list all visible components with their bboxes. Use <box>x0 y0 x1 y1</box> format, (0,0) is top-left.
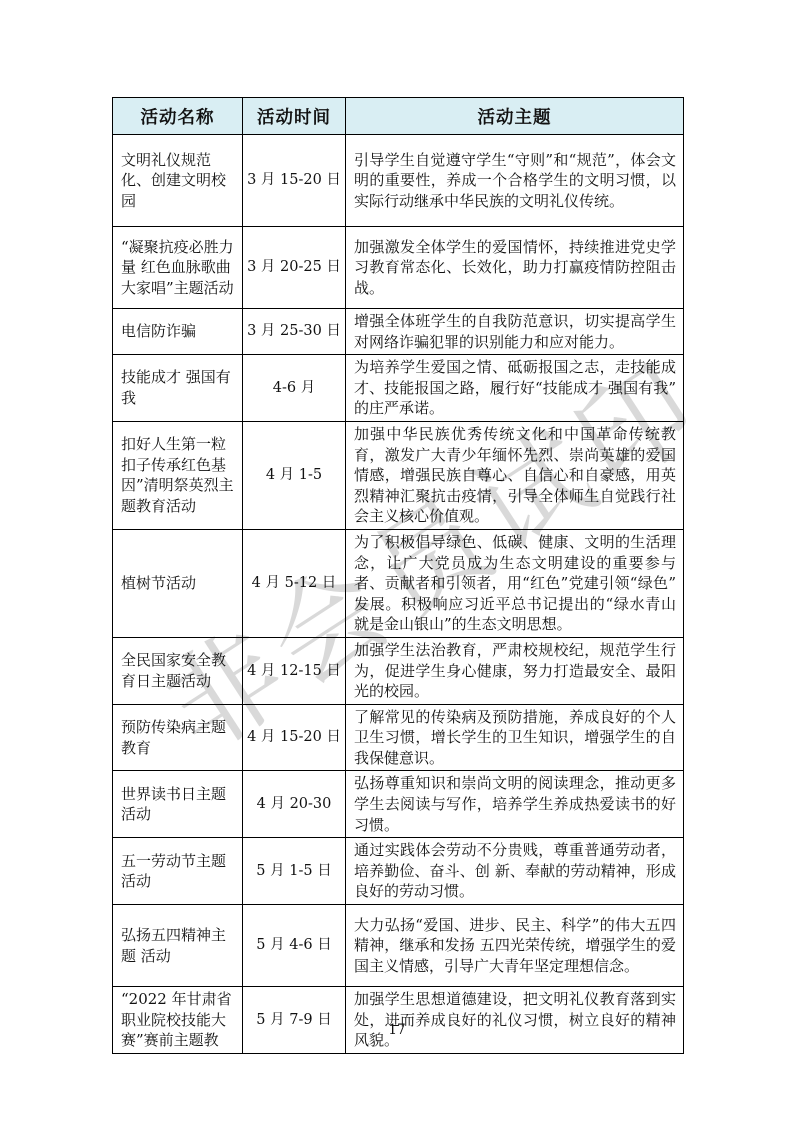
activity-name-cell: 电信防诈骗 <box>113 309 243 355</box>
activity-theme-cell: 弘扬尊重知识和崇尚文明的阅读理念，推动更多学生去阅读与写作，培养学生养成热爱读书… <box>346 771 684 838</box>
document-page: 非会员试印 活动名称 活动时间 活动主题 文明礼仪规范化、创建文明校园 3 月 … <box>0 0 794 1123</box>
activity-time-cell: 5 月 4-6 日 <box>243 905 346 987</box>
activity-theme-cell: 加强学生法治教育，严肃校规校纪，规范学生行为，促进学生身心健康，努力打造最安全、… <box>346 637 684 704</box>
table-row: 预防传染病主题教育 4 月 15-20 日 了解常见的传染病及预防措施，养成良好… <box>113 704 684 771</box>
activity-theme-cell: 引导学生自觉遵守学生“守则”和“规范”，体会文明的重要性，养成一个合格学生的文明… <box>346 135 684 227</box>
table-header-row: 活动名称 活动时间 活动主题 <box>113 98 684 135</box>
activity-time-cell: 4 月 5-12 日 <box>243 529 346 637</box>
activity-name-cell: 扣好人生第一粒扣子传承红色基因”清明祭英烈主题教育活动 <box>113 421 243 529</box>
table-row: “2022 年甘肃省职业院校技能大赛”赛前主题教 5 月 7-9 日 加强学生思… <box>113 987 684 1054</box>
activity-time-cell: 4 月 15-20 日 <box>243 704 346 771</box>
activity-name-cell: 五一劳动节主题活动 <box>113 838 243 905</box>
table-row: 世界读书日主题活动 4 月 20-30 弘扬尊重知识和崇尚文明的阅读理念，推动更… <box>113 771 684 838</box>
activity-theme-cell: 加强学生思想道德建设，把文明礼仪教育落到实处，进而养成良好的礼仪习惯，树立良好的… <box>346 987 684 1054</box>
column-header-activity-time: 活动时间 <box>243 98 346 135</box>
activity-time-cell: 4 月 20-30 <box>243 771 346 838</box>
activity-theme-cell: 加强激发全体学生的爱国情怀，持续推进党史学习教育常态化、长效化，助力打赢疫情防控… <box>346 227 684 309</box>
table-row: 电信防诈骗 3 月 25-30 日 增强全体班学生的自我防范意识，切实提高学生对… <box>113 309 684 355</box>
activity-theme-cell: 为培养学生爱国之情、砥砺报国之志，走技能成才、技能报国之路，履行好“技能成才 强… <box>346 355 684 422</box>
activity-name-cell: 弘扬五四精神主题 活动 <box>113 905 243 987</box>
activity-time-cell: 5 月 1-5 日 <box>243 838 346 905</box>
table-row: “凝聚抗疫必胜力量 红色血脉歌曲大家唱”主题活动 3 月 20-25 日 加强激… <box>113 227 684 309</box>
activity-time-cell: 4-6 月 <box>243 355 346 422</box>
activity-name-cell: 预防传染病主题教育 <box>113 704 243 771</box>
table-row: 文明礼仪规范化、创建文明校园 3 月 15-20 日 引导学生自觉遵守学生“守则… <box>113 135 684 227</box>
activity-time-cell: 3 月 20-25 日 <box>243 227 346 309</box>
table-row: 全民国家安全教育日主题活动 4 月 12-15 日 加强学生法治教育，严肃校规校… <box>113 637 684 704</box>
activity-time-cell: 4 月 1-5 <box>243 421 346 529</box>
activity-time-cell: 4 月 12-15 日 <box>243 637 346 704</box>
activity-name-cell: 全民国家安全教育日主题活动 <box>113 637 243 704</box>
table-row: 五一劳动节主题活动 5 月 1-5 日 通过实践体会劳动不分贵贱，尊重普通劳动者… <box>113 838 684 905</box>
activity-theme-cell: 通过实践体会劳动不分贵贱，尊重普通劳动者，培养勤俭、奋斗、创 新、奉献的劳动精神… <box>346 838 684 905</box>
activity-time-cell: 3 月 15-20 日 <box>243 135 346 227</box>
activity-time-cell: 5 月 7-9 日 <box>243 987 346 1054</box>
activity-name-cell: 技能成才 强国有我 <box>113 355 243 422</box>
activity-name-cell: 世界读书日主题活动 <box>113 771 243 838</box>
activity-theme-cell: 加强中华民族优秀传统文化和中国革命传统教育，激发广大青少年缅怀先烈、崇尚英雄的爱… <box>346 421 684 529</box>
table-row: 植树节活动 4 月 5-12 日 为了积极倡导绿色、低碳、健康、文明的生活理念，… <box>113 529 684 637</box>
activity-name-cell: 植树节活动 <box>113 529 243 637</box>
column-header-activity-theme: 活动主题 <box>346 98 684 135</box>
table-row: 扣好人生第一粒扣子传承红色基因”清明祭英烈主题教育活动 4 月 1-5 加强中华… <box>113 421 684 529</box>
activity-theme-cell: 大力弘扬“爱国、进步、民主、科学”的伟大五四精神，继承和发扬 五四光荣传统，增强… <box>346 905 684 987</box>
activity-time-cell: 3 月 25-30 日 <box>243 309 346 355</box>
table-row: 技能成才 强国有我 4-6 月 为培养学生爱国之情、砥砺报国之志，走技能成才、技… <box>113 355 684 422</box>
page-number: 17 <box>0 1022 794 1038</box>
activities-table: 活动名称 活动时间 活动主题 文明礼仪规范化、创建文明校园 3 月 15-20 … <box>112 97 684 1054</box>
column-header-activity-name: 活动名称 <box>113 98 243 135</box>
activity-name-cell: 文明礼仪规范化、创建文明校园 <box>113 135 243 227</box>
activity-name-cell: “凝聚抗疫必胜力量 红色血脉歌曲大家唱”主题活动 <box>113 227 243 309</box>
activity-theme-cell: 了解常见的传染病及预防措施，养成良好的个人卫生习惯，增长学生的卫生知识，增强学生… <box>346 704 684 771</box>
table-body: 文明礼仪规范化、创建文明校园 3 月 15-20 日 引导学生自觉遵守学生“守则… <box>113 135 684 1054</box>
activity-name-cell: “2022 年甘肃省职业院校技能大赛”赛前主题教 <box>113 987 243 1054</box>
table-row: 弘扬五四精神主题 活动 5 月 4-6 日 大力弘扬“爱国、进步、民主、科学”的… <box>113 905 684 987</box>
activity-theme-cell: 为了积极倡导绿色、低碳、健康、文明的生活理念，让广大党员成为生态文明建设的重要参… <box>346 529 684 637</box>
activity-theme-cell: 增强全体班学生的自我防范意识，切实提高学生对网络诈骗犯罪的识别能力和应对能力。 <box>346 309 684 355</box>
